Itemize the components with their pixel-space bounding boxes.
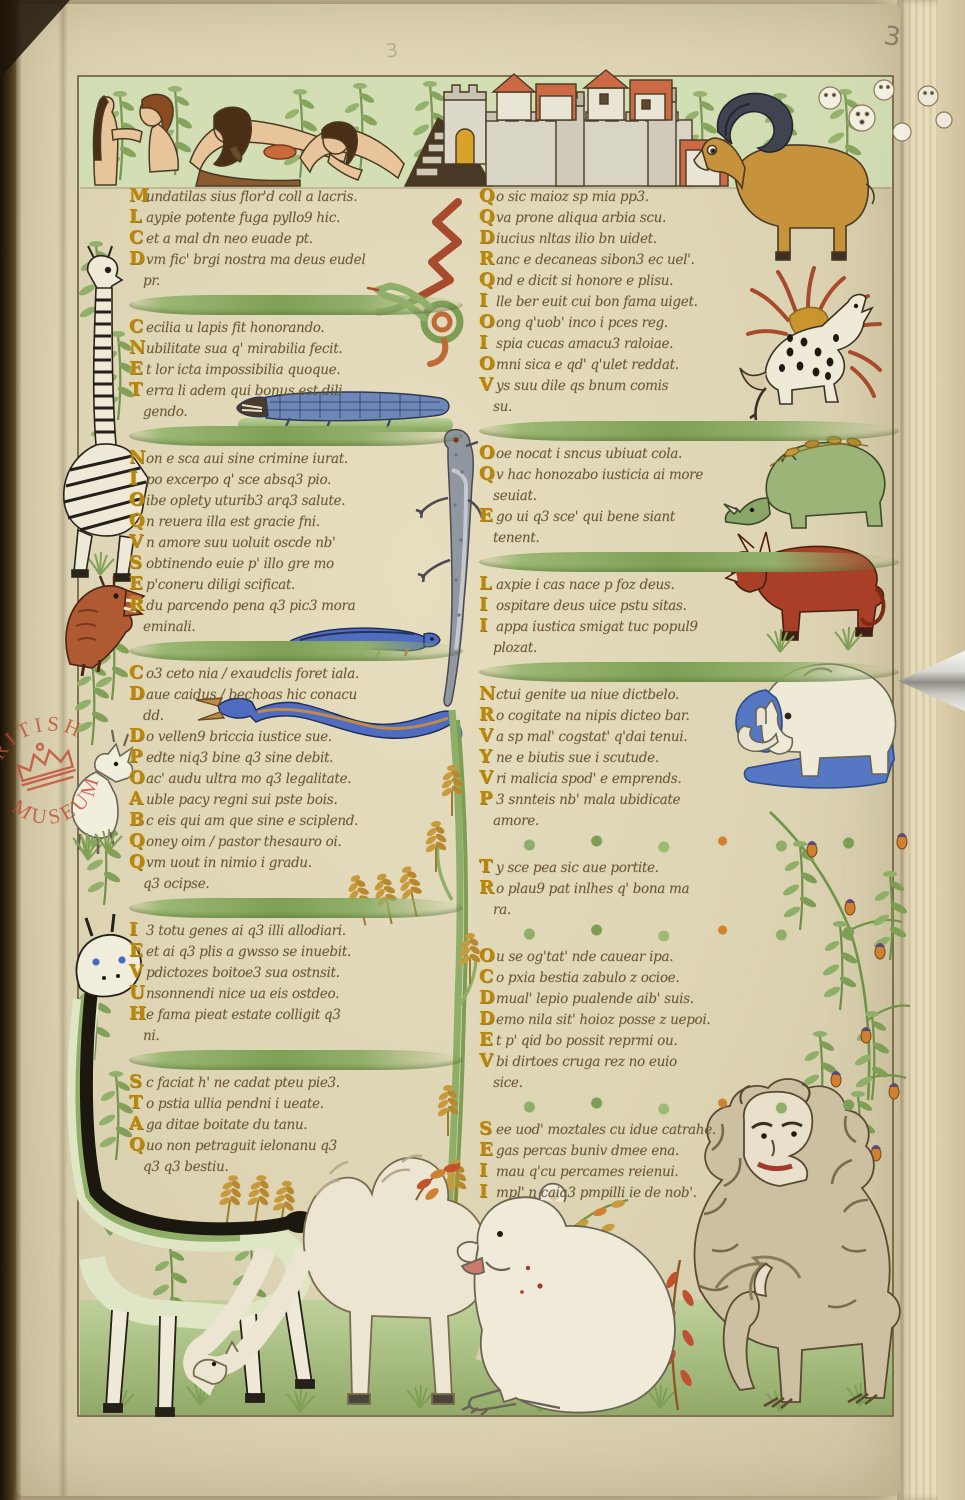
- text-line: Demo nila sit' hoioz posse z uepoi.: [479, 1010, 899, 1031]
- text-column-left: Mundatilas sius flor'd coll a lacris.Lay…: [129, 187, 463, 1178]
- script-text: pdictozes boitoe3 sua ostnsit.: [146, 963, 340, 984]
- script-text: on e sca aui sine crimine iurat.: [146, 449, 348, 470]
- script-text: sice.: [493, 1073, 523, 1094]
- text-line: Va sp mal' cogstat' q'dai tenui.: [479, 727, 899, 748]
- script-text: c eis qui am que sine e sciplend.: [146, 811, 358, 832]
- versal-initial: C: [129, 318, 146, 336]
- versal-initial: E: [479, 1141, 496, 1159]
- script-text: q3 ocipse.: [143, 874, 209, 895]
- script-text: o sic maioz sp mia pp3.: [496, 187, 649, 208]
- text-line: seuiat.: [479, 486, 899, 507]
- script-text: v hac honozabo iusticia ai more: [496, 465, 703, 486]
- text-line: Qoney oim / pastor thesauro oi.: [129, 832, 463, 853]
- versal-initial: D: [479, 1010, 496, 1028]
- script-text: o vellen9 briccia iustice sue.: [146, 727, 332, 748]
- text-line: Eet ai q3 plis a gwsso se inuebit.: [129, 942, 463, 963]
- versal-initial: I: [479, 617, 496, 635]
- text-line: Ego ui q3 sce' qui bene siant: [479, 507, 899, 528]
- script-text: plozat.: [493, 638, 537, 659]
- script-text: erra li adem qui bonus est dili: [146, 381, 342, 402]
- text-line: q3 ocipse.: [129, 874, 463, 895]
- text-line: amore.: [479, 811, 899, 832]
- text-line: Omni sica e qd' q'ulet reddat.: [479, 355, 899, 376]
- versal-initial: Q: [479, 187, 496, 205]
- text-line: See uod' moztales cu idue catrahe.: [479, 1120, 899, 1141]
- text-line: plozat.: [479, 638, 899, 659]
- versal-initial: S: [479, 1120, 496, 1138]
- text-line: Et p' qid bo possit reprmi ou.: [479, 1031, 899, 1052]
- script-text: ospitare deus uice pstu sitas.: [496, 596, 687, 617]
- text-line: Impl' n caia3 pmpilli ie de nob'.: [479, 1183, 899, 1204]
- script-text: pr.: [143, 271, 160, 292]
- versal-initial: E: [129, 942, 146, 960]
- script-text: amore.: [493, 811, 539, 832]
- script-text: ne e biutis sue i scutude.: [496, 748, 659, 769]
- script-text: o pstia ullia pendni i ueate.: [146, 1094, 324, 1115]
- text-line: ra.: [479, 900, 899, 921]
- british-museum-stamp: BRITISH MUSEUM: [0, 660, 134, 880]
- text-line: Laxpie i cas nace p foz deus.: [479, 575, 899, 596]
- script-text: ri malicia spod' e emprends.: [496, 769, 681, 790]
- svg-text:MUSEUM: MUSEUM: [2, 765, 114, 840]
- versal-initial: Q: [479, 271, 496, 289]
- text-line: Cet a mal dn neo euade pt.: [129, 229, 463, 250]
- script-text: aypie potente fuga pyllo9 hic.: [146, 208, 340, 229]
- versal-initial: S: [129, 1073, 146, 1091]
- script-text: aue caidus / bechoas hic conacu: [146, 685, 357, 706]
- text-line: Laypie potente fuga pyllo9 hic.: [129, 208, 463, 229]
- versal-initial: I: [479, 596, 496, 614]
- versal-initial: E: [129, 360, 146, 378]
- versal-initial: V: [129, 533, 146, 551]
- script-text: t p' qid bo possit reprmi ou.: [496, 1031, 677, 1052]
- text-line: Nubilitate sua q' mirabilia fecit.: [129, 339, 463, 360]
- text-line: Oac' audu ultra mo q3 legalitate.: [129, 769, 463, 790]
- versal-initial: Q: [129, 1136, 146, 1154]
- script-text: ee uod' moztales cu idue catrahe.: [496, 1120, 716, 1141]
- grass-band: [129, 295, 463, 315]
- script-text: gas percas buniv dmee ena.: [496, 1141, 679, 1162]
- text-line: To pstia ullia pendni i ueate.: [129, 1094, 463, 1115]
- versal-initial: Q: [479, 465, 496, 483]
- versal-initial: Q: [479, 208, 496, 226]
- text-line: Do vellen9 briccia iustice sue.: [129, 727, 463, 748]
- script-text: et ai q3 plis a gwsso se inuebit.: [146, 942, 351, 963]
- versal-initial: P: [479, 790, 496, 808]
- text-column-right: Qo sic maioz sp mia pp3.Qva prone aliqua…: [479, 187, 899, 1204]
- script-text: ibe oplety uturib3 arq3 salute.: [146, 491, 345, 512]
- versal-initial: H: [129, 1005, 146, 1023]
- script-text: ys suu dile qs bnum comis: [496, 376, 668, 397]
- script-text: p'coneru diligi scificat.: [146, 575, 295, 596]
- script-text: o plau9 pat inlhes q' bona ma: [496, 879, 689, 900]
- script-text: oe nocat i sncus ubiuat cola.: [496, 444, 682, 465]
- versal-initial: E: [129, 575, 146, 593]
- grass-band: [129, 898, 463, 918]
- script-text: gendo.: [143, 402, 187, 423]
- text-line: Iospitare deus uice pstu sitas.: [479, 596, 899, 617]
- versal-initial: V: [479, 376, 496, 394]
- text-line: Dvm fic' brgi nostra ma deus eudel: [129, 250, 463, 271]
- script-text: vm uout in nimio i gradu.: [146, 853, 312, 874]
- versal-initial: T: [129, 381, 146, 399]
- script-text: lle ber euit cui bon fama uiget.: [496, 292, 698, 313]
- versal-initial: D: [479, 229, 496, 247]
- versal-initial: I: [129, 921, 146, 939]
- script-text: o3 ceto nia / exaudclis foret iala.: [146, 664, 359, 685]
- versal-initial: I: [479, 334, 496, 352]
- text-line: Qv hac honozabo iusticia ai more: [479, 465, 899, 486]
- script-text: mpl' n caia3 pmpilli ie de nob'.: [496, 1183, 697, 1204]
- text-line: Diucius nltas ilio bn uidet.: [479, 229, 899, 250]
- versal-initial: T: [129, 1094, 146, 1112]
- script-text: y sce pea sic aue portite.: [496, 858, 659, 879]
- text-line: eminali.: [129, 617, 463, 638]
- script-text: t lor icta impossibilia quoque.: [146, 360, 340, 381]
- versal-initial: R: [129, 596, 146, 614]
- versal-initial: I: [479, 1183, 496, 1201]
- manuscript-photo: Mundatilas sius flor'd coll a lacris.Lay…: [0, 0, 965, 1500]
- vine-band: [479, 1097, 899, 1117]
- text-line: Daue caidus / bechoas hic conacu: [129, 685, 463, 706]
- script-text: appa iustica smigat tuc popul9: [496, 617, 698, 638]
- script-text: seuiat.: [493, 486, 537, 507]
- grass-band: [479, 662, 899, 682]
- script-text: vm fic' brgi nostra ma deus eudel: [146, 250, 365, 271]
- script-text: ni.: [143, 1026, 159, 1047]
- script-text: a sp mal' cogstat' q'dai tenui.: [496, 727, 687, 748]
- versal-initial: O: [479, 444, 496, 462]
- text-line: Cecilia u lapis fit honorando.: [129, 318, 463, 339]
- text-line: Egas percas buniv dmee ena.: [479, 1141, 899, 1162]
- versal-initial: O: [129, 491, 146, 509]
- versal-initial: I: [129, 470, 146, 488]
- versal-initial: R: [479, 879, 496, 897]
- text-line: Mundatilas sius flor'd coll a lacris.: [129, 187, 463, 208]
- text-line: Auble pacy regni sui pste bois.: [129, 790, 463, 811]
- script-text: tenent.: [493, 528, 539, 549]
- script-text: uo non petraguit ielonanu q3: [146, 1136, 337, 1157]
- text-line: Ro plau9 pat inlhes q' bona ma: [479, 879, 899, 900]
- versal-initial: O: [479, 947, 496, 965]
- script-text: va prone aliqua arbia scu.: [496, 208, 666, 229]
- script-text: uble pacy regni sui pste bois.: [146, 790, 337, 811]
- text-line: dd.: [129, 706, 463, 727]
- text-line: Ro cogitate na nipis dicteo bar.: [479, 706, 899, 727]
- text-line: Imau q'cu percames reienui.: [479, 1162, 899, 1183]
- script-text: emo nila sit' hoioz posse z uepoi.: [496, 1010, 710, 1031]
- versal-initial: V: [129, 963, 146, 981]
- text-line: Qnd e dicit si honore e plisu.: [479, 271, 899, 292]
- text-line: Pedte niq3 bine q3 sine debit.: [129, 748, 463, 769]
- versal-initial: D: [479, 989, 496, 1007]
- script-text: e fama pieat estate colligit q3: [146, 1005, 341, 1026]
- text-line: Ou se og'tat' nde cauear ipa.: [479, 947, 899, 968]
- versal-initial: R: [479, 706, 496, 724]
- script-text: o pxia bestia zabulo z ocioe.: [496, 968, 679, 989]
- text-line: Non e sca aui sine crimine iurat.: [129, 449, 463, 470]
- stamp-arc-bottom: MUSEUM: [2, 765, 114, 840]
- script-text: obtinendo euie p' illo gre mo: [146, 554, 334, 575]
- grass-band: [479, 552, 899, 572]
- script-text: spia cucas amacu3 raloiae.: [496, 334, 673, 355]
- grass-band: [129, 641, 463, 661]
- text-line: Vys suu dile qs bnum comis: [479, 376, 899, 397]
- vine-band: [479, 924, 899, 944]
- script-text: nd e dicit si honore e plisu.: [496, 271, 673, 292]
- text-line: Ty sce pea sic aue portite.: [479, 858, 899, 879]
- text-line: Iappa iustica smigat tuc popul9: [479, 617, 899, 638]
- script-text: su.: [493, 397, 512, 418]
- text-line: Sobtinendo euie p' illo gre mo: [129, 554, 463, 575]
- text-line: ni.: [129, 1026, 463, 1047]
- versal-initial: A: [129, 1115, 146, 1133]
- versal-initial: T: [479, 858, 496, 876]
- text-line: Ipo excerpo q' sce absq3 pio.: [129, 470, 463, 491]
- text-line: Oong q'uob' inco i pces reg.: [479, 313, 899, 334]
- text-line: Vri malicia spod' e emprends.: [479, 769, 899, 790]
- grass-band: [479, 421, 899, 441]
- script-text: du parcendo pena q3 pic3 mora: [146, 596, 355, 617]
- text-line: Dmual' lepio pualende aib' suis.: [479, 989, 899, 1010]
- script-text: edte niq3 bine q3 sine debit.: [146, 748, 333, 769]
- text-line: Qn reuera illa est gracie fni.: [129, 512, 463, 533]
- script-text: dd.: [143, 706, 164, 727]
- text-line: Rdu parcendo pena q3 pic3 mora: [129, 596, 463, 617]
- versal-initial: C: [129, 229, 146, 247]
- text-line: Co pxia bestia zabulo z ocioe.: [479, 968, 899, 989]
- text-line: I3 totu genes ai q3 illi allodiari.: [129, 921, 463, 942]
- text-line: P3 snnteis nb' mala ubidicate: [479, 790, 899, 811]
- versal-initial: N: [129, 339, 146, 357]
- text-line: tenent.: [479, 528, 899, 549]
- script-text: ubilitate sua q' mirabilia fecit.: [146, 339, 342, 360]
- text-line: Ispia cucas amacu3 raloiae.: [479, 334, 899, 355]
- versal-initial: I: [479, 292, 496, 310]
- text-line: Et lor icta impossibilia quoque.: [129, 360, 463, 381]
- text-line: Aga ditae boitate du tanu.: [129, 1115, 463, 1136]
- script-text: u se og'tat' nde cauear ipa.: [496, 947, 673, 968]
- script-text: po excerpo q' sce absq3 pio.: [146, 470, 331, 491]
- script-text: oney oim / pastor thesauro oi.: [146, 832, 341, 853]
- script-text: mau q'cu percames reienui.: [496, 1162, 678, 1183]
- script-text: eminali.: [143, 617, 195, 638]
- vine-band: [479, 835, 899, 855]
- script-text: c faciat h' ne cadat pteu pie3.: [146, 1073, 340, 1094]
- text-line: Sc faciat h' ne cadat pteu pie3.: [129, 1073, 463, 1094]
- script-text: iucius nltas ilio bn uidet.: [496, 229, 657, 250]
- text-line: sice.: [479, 1073, 899, 1094]
- versal-initial: E: [479, 1031, 496, 1049]
- script-text: q3 q3 bestiu.: [143, 1157, 228, 1178]
- versal-initial: M: [129, 187, 146, 205]
- text-line: He fama pieat estate colligit q3: [129, 1005, 463, 1026]
- text-line: Qo sic maioz sp mia pp3.: [479, 187, 899, 208]
- versal-initial: Q: [129, 512, 146, 530]
- versal-initial: C: [479, 968, 496, 986]
- versal-initial: N: [479, 685, 496, 703]
- versal-initial: S: [129, 554, 146, 572]
- text-line: Vpdictozes boitoe3 sua ostnsit.: [129, 963, 463, 984]
- versal-initial: E: [479, 507, 496, 525]
- script-text: anc e decaneas sibon3 ec uel'.: [496, 250, 695, 271]
- versal-initial: O: [479, 313, 496, 331]
- text-line: Oibe oplety uturib3 arq3 salute.: [129, 491, 463, 512]
- script-text: 3 totu genes ai q3 illi allodiari.: [146, 921, 346, 942]
- script-text: ra.: [493, 900, 511, 921]
- versal-initial: L: [479, 575, 496, 593]
- script-text: ac' audu ultra mo q3 legalitate.: [146, 769, 351, 790]
- text-line: Vbi dirtoes cruga rez no euio: [479, 1052, 899, 1073]
- script-text: nsonnendi nice ua eis ostdeo.: [146, 984, 339, 1005]
- script-text: mual' lepio pualende aib' suis.: [496, 989, 694, 1010]
- grass-band: [129, 1050, 463, 1070]
- versal-initial: L: [129, 208, 146, 226]
- text-line: Ooe nocat i sncus ubiuat cola.: [479, 444, 899, 465]
- script-text: ong q'uob' inco i pces reg.: [496, 313, 668, 334]
- versal-initial: D: [129, 250, 146, 268]
- text-line: Bc eis qui am que sine e sciplend.: [129, 811, 463, 832]
- text-line: Yne e biutis sue i scutude.: [479, 748, 899, 769]
- script-text: 3 snnteis nb' mala ubidicate: [496, 790, 680, 811]
- text-line: Nctui genite ua niue dictbelo.: [479, 685, 899, 706]
- text-line: pr.: [129, 271, 463, 292]
- text-line: Co3 ceto nia / exaudclis foret iala.: [129, 664, 463, 685]
- versal-initial: I: [479, 1162, 496, 1180]
- text-line: Qvm uout in nimio i gradu.: [129, 853, 463, 874]
- script-text: o cogitate na nipis dicteo bar.: [496, 706, 689, 727]
- script-text: ctui genite ua niue dictbelo.: [496, 685, 679, 706]
- versal-initial: U: [129, 984, 146, 1002]
- versal-initial: O: [479, 355, 496, 373]
- grass-band: [129, 426, 463, 446]
- folio-number-faint: 3: [385, 40, 399, 63]
- script-text: undatilas sius flor'd coll a lacris.: [146, 187, 357, 208]
- script-text: n amore suu uoluit oscde nb': [146, 533, 335, 554]
- text-line: Ranc e decaneas sibon3 ec uel'.: [479, 250, 899, 271]
- versal-initial: V: [479, 769, 496, 787]
- script-text: n reuera illa est gracie fni.: [146, 512, 320, 533]
- script-text: go ui q3 sce' qui bene siant: [496, 507, 675, 528]
- script-text: ga ditae boitate du tanu.: [146, 1115, 307, 1136]
- text-line: gendo.: [129, 402, 463, 423]
- text-line: Terra li adem qui bonus est dili: [129, 381, 463, 402]
- script-text: et a mal dn neo euade pt.: [146, 229, 313, 250]
- text-line: Vn amore suu uoluit oscde nb': [129, 533, 463, 554]
- text-line: Ep'coneru diligi scificat.: [129, 575, 463, 596]
- versal-initial: N: [129, 449, 146, 467]
- versal-initial: Y: [479, 748, 496, 766]
- text-line: Quo non petraguit ielonanu q3: [129, 1136, 463, 1157]
- versal-initial: V: [479, 727, 496, 745]
- text-line: q3 q3 bestiu.: [129, 1157, 463, 1178]
- script-text: axpie i cas nace p foz deus.: [496, 575, 675, 596]
- versal-initial: R: [479, 250, 496, 268]
- versal-initial: V: [479, 1052, 496, 1070]
- script-text: ecilia u lapis fit honorando.: [146, 318, 324, 339]
- text-line: Unsonnendi nice ua eis ostdeo.: [129, 984, 463, 1005]
- text-line: su.: [479, 397, 899, 418]
- text-line: Ille ber euit cui bon fama uiget.: [479, 292, 899, 313]
- script-text: mni sica e qd' q'ulet reddat.: [496, 355, 679, 376]
- text-line: Qva prone aliqua arbia scu.: [479, 208, 899, 229]
- script-text: bi dirtoes cruga rez no euio: [496, 1052, 677, 1073]
